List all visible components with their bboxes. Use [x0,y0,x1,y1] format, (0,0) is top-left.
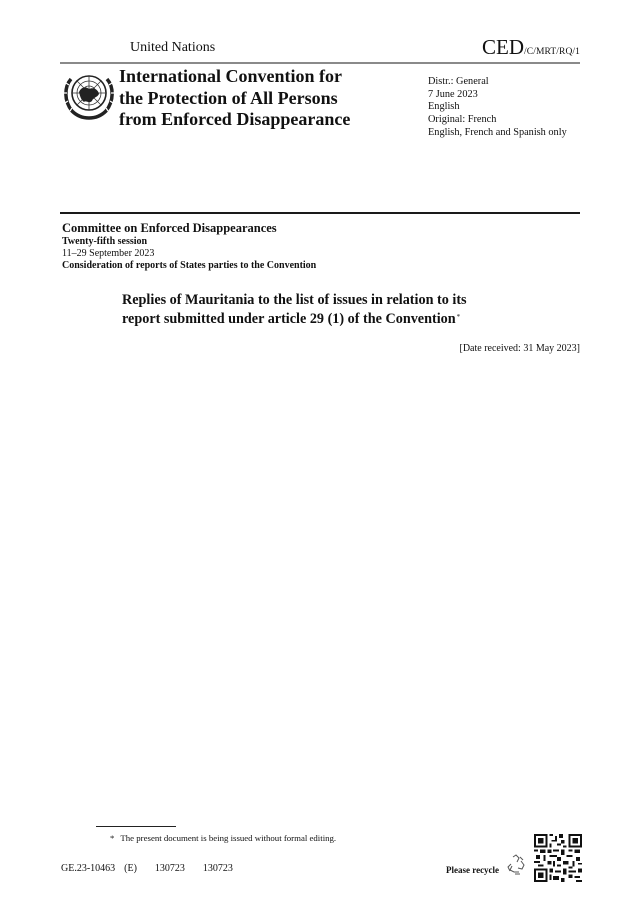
issue-date: 7 June 2023 [428,89,567,102]
section-rule [60,212,580,214]
convention-title-line: International Convention for [119,66,350,88]
symbol-prefix: CED [482,35,524,59]
qr-code-icon [534,833,582,883]
document-title-line: Replies of Mauritania to the list of iss… [122,292,467,309]
available-languages: English, French and Spanish only [428,127,567,140]
recycle-label: Please recycle [446,865,499,875]
document-symbol: CED/C/MRT/RQ/1 [482,35,580,60]
committee-name: Committee on Enforced Disappearances [62,221,316,236]
document-title: Replies of Mauritania to the list of iss… [122,292,467,327]
un-emblem-icon [62,67,116,121]
session-name: Twenty-fifth session [62,236,316,248]
header-rule [60,62,580,64]
footnote: *The present document is being issued wi… [110,833,336,843]
footnote-rule [96,826,176,827]
session-dates: 11–29 September 2023 [62,248,316,260]
agenda-item: Consideration of reports of States parti… [62,260,316,272]
footnote-star: * [110,833,114,843]
distribution-block: Distr.: General 7 June 2023 English Orig… [428,76,567,140]
symbol-suffix: /C/MRT/RQ/1 [524,47,580,57]
distribution-line: Distr.: General [428,76,567,89]
recycle-icon [506,854,526,876]
convention-title-line: from Enforced Disappearance [119,109,350,131]
job-number: GE.23-10463 (E) 130723 130723 [61,863,233,874]
footnote-marker[interactable]: * [457,313,461,321]
convention-title-line: the Protection of All Persons [119,88,350,110]
organization-name: United Nations [130,40,215,56]
language: English [428,101,567,114]
document-title-line: report submitted under article 29 (1) of… [122,309,467,328]
original-language: Original: French [428,114,567,127]
committee-block: Committee on Enforced Disappearances Twe… [62,221,316,272]
footnote-text: The present document is being issued wit… [120,833,336,843]
convention-title: International Convention for the Protect… [119,66,350,131]
date-received: [Date received: 31 May 2023] [459,343,580,354]
